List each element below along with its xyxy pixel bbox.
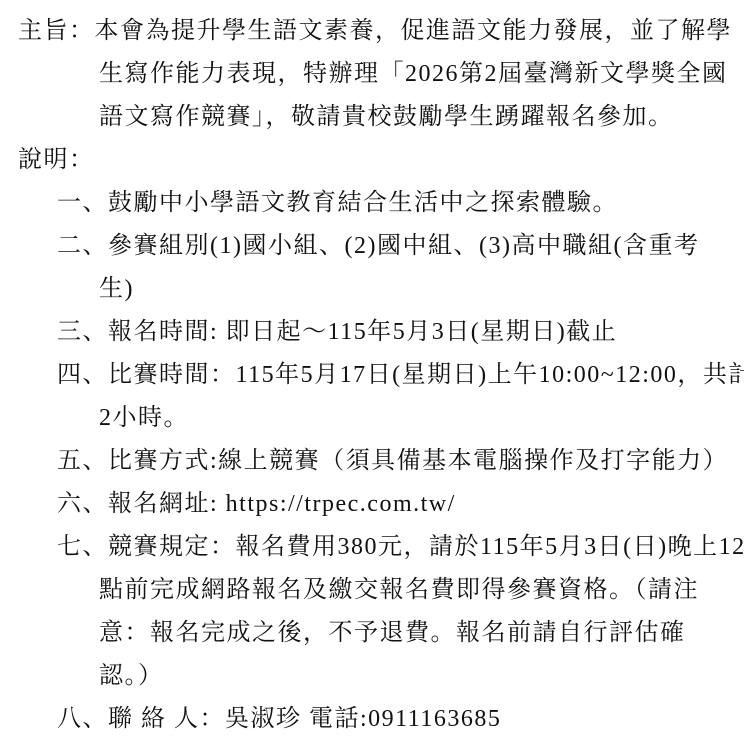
subject-line-3: 語文寫作競賽」，敬請貴校鼓勵學生踴躍報名參加。 [99,96,744,139]
item-4-line-1: 四、比賽時間：115年5月17日(星期日)上午10:00~12:00，共計 [57,354,744,397]
document-page: 主旨：本會為提升學生語文素養，促進語文能力發展，並了解學 生寫作能力表現，特辦理… [0,0,744,746]
item-1: 一、鼓勵中小學語文教育結合生活中之探索體驗。 [57,182,744,225]
item-4-line-2: 2小時。 [99,397,744,440]
item-2-line-2: 生) [99,268,744,311]
explanation-heading: 說明： [18,139,744,182]
item-3: 三、報名時間: 即日起～115年5月3日(星期日)截止 [57,311,744,354]
item-7-line-3: 意：報名完成之後，不予退費。報名前請自行評估確 [99,612,744,655]
item-2-line-1: 二、參賽組別(1)國小組、(2)國中組、(3)高中職組(含重考 [57,225,744,268]
item-8: 八、聯 絡 人：吳淑珍 電話:0911163685 [57,698,744,741]
item-7-line-1: 七、競賽規定：報名費用380元，請於115年5月3日(日)晚上12 [57,526,744,569]
item-7-line-2: 點前完成網路報名及繳交報名費即得參賽資格。（請注 [99,569,744,612]
subject-line-2: 生寫作能力表現，特辦理「2026第2屆臺灣新文學獎全國 [99,53,744,96]
item-7-line-4: 認。） [99,655,744,698]
subject-line-1: 主旨：本會為提升學生語文素養，促進語文能力發展，並了解學 [18,10,744,53]
item-6: 六、報名網址: https://trpec.com.tw/ [57,483,744,526]
item-5: 五、比賽方式:線上競賽（須具備基本電腦操作及打字能力） [57,440,744,483]
